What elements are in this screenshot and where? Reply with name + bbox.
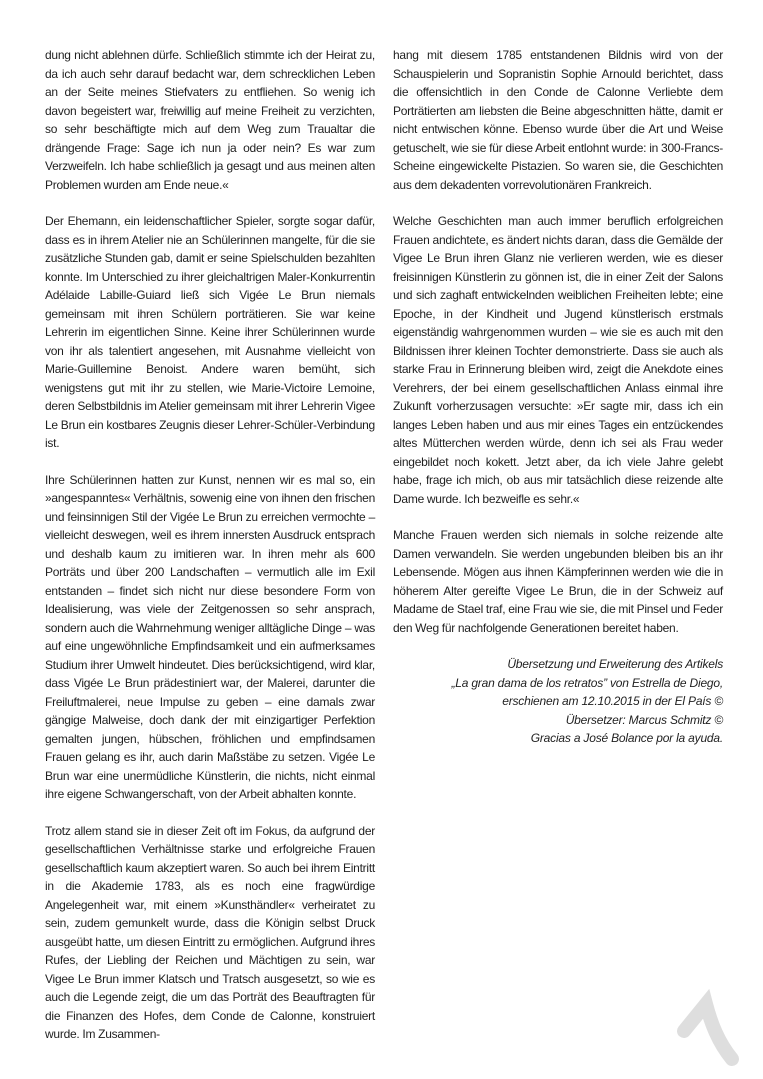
attribution-line: Übersetzer: Marcus Schmitz ©	[393, 711, 723, 730]
paragraph: Der Ehemann, ein leidenschaftlicher Spie…	[45, 212, 375, 453]
paragraph: dung nicht ablehnen dürfe. Schließlich s…	[45, 46, 375, 194]
paragraph: Trotz allem stand sie in dieser Zeit oft…	[45, 822, 375, 1044]
attribution-line: Gracias a José Bolance por la ayuda.	[393, 729, 723, 748]
document-page: dung nicht ablehnen dürfe. Schließlich s…	[0, 0, 763, 1079]
attribution-line: Übersetzung und Erweiterung des Artikels	[393, 655, 723, 674]
paragraph: Welche Geschichten man auch immer berufl…	[393, 212, 723, 508]
text-column-left: dung nicht ablehnen dürfe. Schließlich s…	[45, 46, 375, 1062]
attribution-line: „La gran dama de los retratos” von Estre…	[393, 674, 723, 693]
paragraph: Ihre Schülerinnen hatten zur Kunst, nenn…	[45, 471, 375, 804]
attribution-line: erschienen am 12.10.2015 in der El País …	[393, 692, 723, 711]
paragraph: Manche Frauen werden sich niemals in sol…	[393, 526, 723, 637]
text-column-right: hang mit diesem 1785 entstandenen Bildni…	[393, 46, 723, 1062]
two-column-text-layout: dung nicht ablehnen dürfe. Schließlich s…	[45, 46, 723, 1062]
attribution-block: Übersetzung und Erweiterung des Artikels…	[393, 655, 723, 748]
paragraph: hang mit diesem 1785 entstandenen Bildni…	[393, 46, 723, 194]
